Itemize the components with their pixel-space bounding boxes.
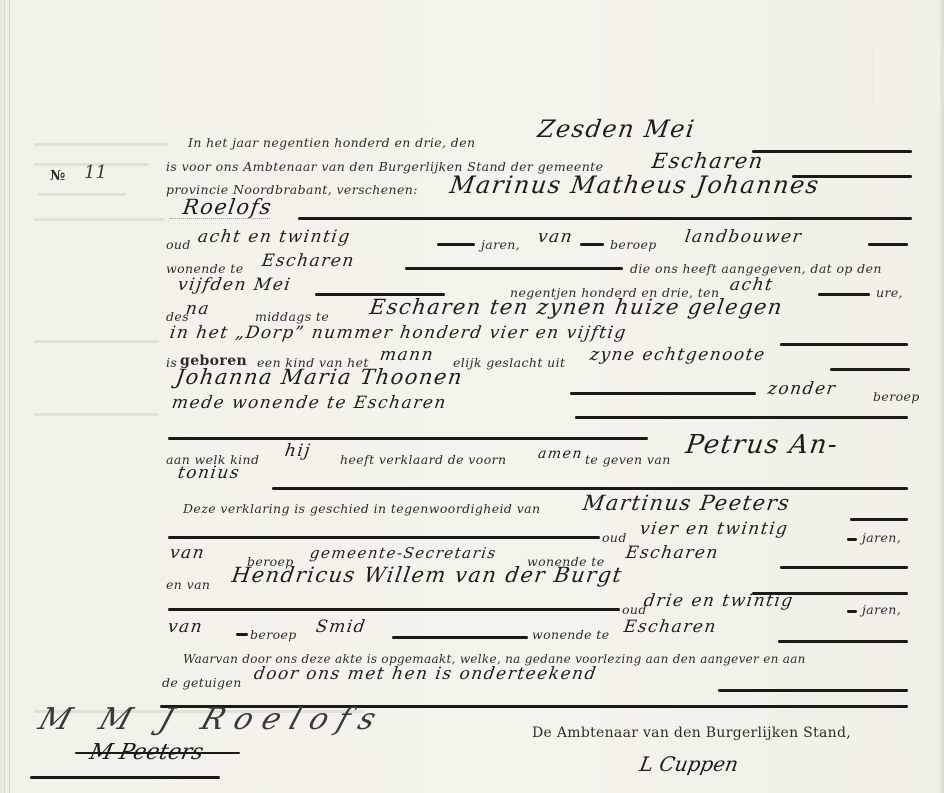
filler-stroke	[437, 243, 475, 246]
filler-stroke	[752, 150, 912, 153]
printed-text: jaren,	[862, 531, 901, 545]
signature-flourish	[30, 776, 220, 779]
printed-text: beroep	[250, 628, 297, 642]
filler-stroke	[868, 243, 908, 246]
handwritten-occupation: landbouwer	[683, 226, 803, 248]
filler-stroke	[168, 536, 600, 539]
filler-stroke	[847, 538, 857, 541]
entry-number: 11	[84, 162, 107, 183]
filler-stroke	[780, 566, 908, 569]
printed-text: jaren,	[862, 603, 901, 617]
handwritten-residence: Escharen	[260, 250, 356, 272]
handwritten-mother-occupation: zonder	[766, 378, 837, 400]
filler-stroke	[718, 689, 908, 692]
handwritten-witness-2-name: Hendricus Willem van der Burgt	[230, 564, 624, 586]
signature-witness-1: M Peeters	[87, 740, 205, 765]
filler-stroke	[168, 437, 648, 440]
filler-stroke	[570, 392, 756, 395]
page-edge	[940, 0, 944, 793]
handwritten-mother-name: Johanna Maria Thoonen	[174, 366, 464, 388]
handwritten-child-name: Petrus An-	[684, 434, 839, 456]
filler-stroke	[580, 243, 604, 246]
handwritten-mother-relation: zyne echtgenoote	[588, 344, 767, 366]
filler-stroke	[847, 610, 857, 613]
printed-text: de getuigen	[162, 676, 242, 690]
handwritten-address: in het „Dorp” nummer honderd vier en vij…	[168, 322, 628, 344]
handwritten-witness-2-occupation: Smid	[314, 616, 367, 638]
handwritten-witness-1-name: Martinus Peeters	[581, 492, 792, 514]
handwritten-birth-date: vijfden Mei	[176, 274, 292, 296]
printed-text: te geven van	[585, 453, 671, 467]
handwritten-declarant-surname: Roelofs	[181, 196, 273, 218]
bleed-line	[34, 218, 164, 221]
signature-official: L Cuppen	[638, 752, 740, 776]
bleed-line	[34, 143, 169, 146]
dotted-rule	[170, 218, 270, 219]
handwritten-mother-residence: mede wonende te Escharen	[170, 392, 448, 414]
handwritten-van: van	[166, 616, 204, 638]
handwritten-hij: hij	[283, 440, 312, 462]
watermark-stamp	[872, 20, 944, 132]
certificate-page: № 11 In het jaar negentien honderd en dr…	[0, 0, 944, 793]
handwritten-municipality: Escharen	[650, 150, 765, 172]
filler-stroke	[298, 217, 912, 220]
printed-text: In het jaar negentien honderd en drie, d…	[188, 136, 475, 150]
printed-text: beroep	[610, 238, 657, 252]
filler-stroke	[575, 416, 908, 419]
printed-text: en van	[166, 578, 210, 592]
printed-text: heeft verklaard de voorn	[340, 453, 506, 467]
filler-stroke	[850, 518, 908, 521]
printed-text: jaren,	[481, 238, 520, 252]
binding-edge	[9, 0, 10, 793]
printed-text: Deze verklaring is geschied in tegenwoor…	[183, 502, 540, 516]
printed-text: elijk geslacht uit	[453, 356, 565, 370]
binding-edge	[4, 0, 5, 793]
handwritten-child-name-cont: tonius	[176, 462, 241, 484]
official-title: De Ambtenaar van den Burgerlijken Stand,	[532, 726, 851, 740]
filler-stroke	[168, 608, 620, 611]
handwritten-na: na	[184, 298, 211, 320]
handwritten-age: acht en twintig	[196, 226, 352, 248]
handwritten-closing: door ons met hen is onderteekend	[252, 663, 598, 685]
filler-stroke	[392, 636, 528, 639]
printed-text: is	[166, 356, 177, 370]
handwritten-sex: mann	[378, 344, 435, 366]
printed-text: oud	[602, 531, 627, 545]
bleed-line	[34, 340, 159, 343]
handwritten-witness-1-occupation: gemeente-Secretaris	[308, 542, 498, 564]
filler-stroke	[818, 293, 870, 296]
handwritten-van: van	[168, 542, 206, 564]
bleed-line	[38, 193, 126, 196]
entry-number-label: №	[50, 168, 65, 184]
filler-stroke	[830, 368, 910, 371]
printed-text: oud	[166, 238, 191, 252]
printed-text: ure,	[876, 286, 903, 300]
handwritten-witness-1-residence: Escharen	[624, 542, 720, 564]
handwritten-declarant-name: Marinus Matheus Johannes	[448, 174, 821, 196]
handwritten-van: van	[536, 226, 574, 248]
printed-text: wonende te	[532, 628, 610, 642]
signature-declarant: M M J Roelofs	[34, 702, 390, 737]
handwritten-amen: amen	[536, 443, 584, 465]
filler-stroke	[236, 633, 248, 636]
handwritten-date: Zesden Mei	[536, 118, 696, 140]
filler-stroke	[272, 487, 908, 490]
handwritten-witness-2-residence: Escharen	[622, 616, 718, 638]
handwritten-hour: acht	[728, 274, 775, 296]
handwritten-birthplace: Escharen ten zynen huize gelegen	[368, 296, 784, 318]
handwritten-witness-2-age: drie en twintig	[642, 590, 795, 612]
filler-stroke	[778, 640, 908, 643]
filler-stroke	[780, 343, 908, 346]
bleed-line	[34, 413, 159, 416]
filler-stroke	[405, 267, 623, 270]
handwritten-witness-1-age: vier en twintig	[638, 518, 790, 540]
printed-text: beroep	[873, 390, 920, 404]
